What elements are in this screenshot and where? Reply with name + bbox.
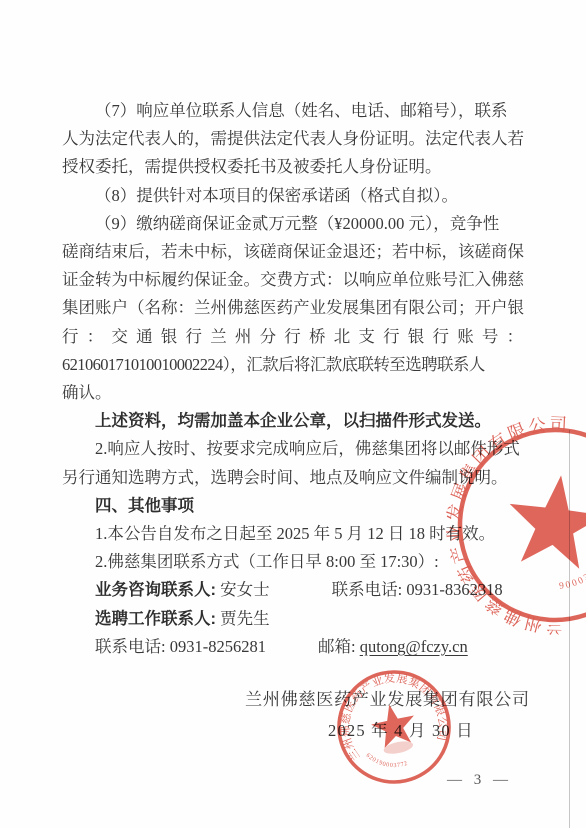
svg-text:620190003772: 620190003772 <box>364 744 409 775</box>
text-run: 磋商结束后，若未中标，该磋商保证金退还；若中标，该磋商保 <box>62 242 524 261</box>
doc-line: 选聘工作联系人: 贾先生 <box>62 605 532 633</box>
text-run: 联系电话: 0931-8362318 <box>332 580 503 599</box>
text-run: 另行通知选聘方式，选聘会时间、地点及响应文件编制说明。 <box>62 468 508 487</box>
text-run: 安女士 <box>216 580 270 599</box>
text-run: 2.响应人按时、按要求完成响应后，佛慈集团将以邮件形式 <box>95 439 520 458</box>
seal-serial-text: 620190003772 <box>364 744 409 775</box>
text-run: 业务咨询联系人: <box>95 581 216 599</box>
text-run: 行：交通银行兰州分行桥北支行银行账号： <box>62 327 531 346</box>
doc-line: 业务咨询联系人: 安女士联系电话: 0931-8362318 <box>62 576 532 604</box>
signature-block: 兰州佛慈医药产业发展集团有限公司 2025 年 4 月 30 日 <box>62 661 532 743</box>
email-text: qutong@fczy.cn <box>360 637 468 656</box>
text-run: （9）缴纳磋商保证金贰万元整（¥20000.00 元），竞争性 <box>95 214 499 233</box>
text-run: 邮箱: <box>318 637 360 656</box>
page-number: — 3 — <box>447 772 512 789</box>
doc-body: （7）响应单位联系人信息（姓名、电话、邮箱号），联系人为法定代表人的，需提供法定… <box>62 97 532 661</box>
doc-line: 磋商结束后，若未中标，该磋商保证金退还；若中标，该磋商保 <box>62 238 532 266</box>
doc-line: 确认。 <box>62 379 532 407</box>
text-run: 集团账户（名称：兰州佛慈医药产业发展集团有限公司；开户银 <box>62 298 524 317</box>
doc-line: 2.响应人按时、按要求完成响应后，佛慈集团将以邮件形式 <box>62 435 532 463</box>
text-run: 选聘工作联系人: <box>95 610 216 628</box>
doc-line: 四、其他事项 <box>62 492 532 520</box>
svg-text:90003772: 90003772 <box>555 546 586 606</box>
doc-line: 621060171010010002224），汇款后将汇款底联转至选聘联系人 <box>62 351 532 379</box>
doc-line: 上述资料，均需加盖本企业公章，以扫描件形式发送。 <box>62 407 532 435</box>
signature-date: 2025 年 4 月 30 日 <box>328 719 532 743</box>
doc-line: （9）缴纳磋商保证金贰万元整（¥20000.00 元），竞争性 <box>62 210 532 238</box>
text-run: 人为法定代表人的，需提供法定代表人身份证明。法定代表人若 <box>62 129 524 148</box>
text-run: 联系电话: 0931-8256281 <box>95 637 266 656</box>
scanned-document-page: （7）响应单位联系人信息（姓名、电话、邮箱号），联系人为法定代表人的，需提供法定… <box>0 0 586 828</box>
doc-line: 授权委托，需提供授权委托书及被委托人身份证明。 <box>62 153 532 181</box>
text-run: 621060171010010002224），汇款后将汇款底联转至选聘联系人 <box>62 355 485 374</box>
text-run: （7）响应单位联系人信息（姓名、电话、邮箱号），联系 <box>95 101 508 120</box>
doc-line: 证金转为中标履约保证金。交费方式：以响应单位账号汇入佛慈 <box>62 266 532 294</box>
doc-line: 行：交通银行兰州分行桥北支行银行账号： <box>62 323 532 351</box>
text-run: 1.本公告自发布之日起至 2025 年 5 月 12 日 18 时有效。 <box>95 524 495 543</box>
doc-line: 2.佛慈集团联系方式（工作日早 8:00 至 17:30）: <box>62 548 532 576</box>
seal-serial-text: 90003772 <box>555 546 586 606</box>
text-run: 四、其他事项 <box>95 497 194 515</box>
text-run: （8）提供针对本项目的保密承诺函（格式自拟）。 <box>95 186 458 205</box>
doc-line: 人为法定代表人的，需提供法定代表人身份证明。法定代表人若 <box>62 125 532 153</box>
text-run: 2.佛慈集团联系方式（工作日早 8:00 至 17:30）: <box>95 552 439 571</box>
text-run: 贾先生 <box>216 609 270 628</box>
text-run: 确认。 <box>62 383 112 402</box>
doc-line: 1.本公告自发布之日起至 2025 年 5 月 12 日 18 时有效。 <box>62 520 532 548</box>
doc-line: （8）提供针对本项目的保密承诺函（格式自拟）。 <box>62 182 532 210</box>
doc-line: 另行通知选聘方式，选聘会时间、地点及响应文件编制说明。 <box>62 464 532 492</box>
text-run: 授权委托，需提供授权委托书及被委托人身份证明。 <box>62 157 442 176</box>
doc-line: 集团账户（名称：兰州佛慈医药产业发展集团有限公司；开户银 <box>62 294 532 322</box>
doc-line: （7）响应单位联系人信息（姓名、电话、邮箱号），联系 <box>62 97 532 125</box>
text-run: 证金转为中标履约保证金。交费方式：以响应单位账号汇入佛慈 <box>62 270 524 289</box>
signature-company: 兰州佛慈医药产业发展集团有限公司 <box>245 688 532 712</box>
scan-edge-line <box>569 430 570 828</box>
text-run: 上述资料，均需加盖本企业公章，以扫描件形式发送。 <box>95 412 491 430</box>
doc-line: 联系电话: 0931-8256281邮箱: qutong@fczy.cn <box>62 633 532 661</box>
